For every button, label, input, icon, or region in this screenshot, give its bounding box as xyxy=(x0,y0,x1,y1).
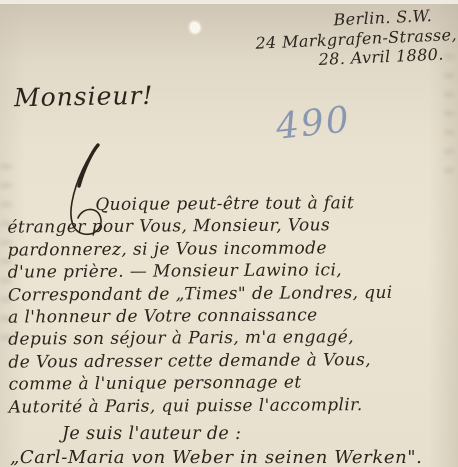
letter-line: d'une prière. — Monsieur Lawino ici, xyxy=(8,259,458,285)
book-title-line: „Carl-Maria von Weber in seinen Werken". xyxy=(10,447,422,467)
letter-line: Quoique peut-être tout à fait xyxy=(7,191,458,217)
letter-line: depuis son séjour à Paris, m'a engagé, xyxy=(8,326,458,352)
letter-body: Quoique peut-être tout à fait étranger p… xyxy=(7,191,458,418)
archival-number: 490 xyxy=(274,99,353,148)
closing-intro: Je suis l'auteur de : xyxy=(62,424,241,444)
letter-line: a l'honneur de Votre connaissance xyxy=(8,303,458,329)
paper-blemish xyxy=(190,22,200,33)
letter-line: Autorité à Paris, qui puisse l'accomplir… xyxy=(9,393,458,419)
letter-header: Berlin. S.W. 24 Markgrafen-Strasse, 28. … xyxy=(255,5,458,72)
letter-line: étranger pour Vous, Monsieur, Vous xyxy=(7,214,458,240)
salutation: Monsieur! xyxy=(14,81,154,112)
letter-line: Correspondant de „Times" de Londres, qui xyxy=(8,281,458,307)
letter-line: de Vous adresser cette demande à Vous, xyxy=(8,348,458,374)
scan-edge-top xyxy=(0,0,458,4)
letter-line: pardonnerez, si je Vous incommode xyxy=(8,236,458,262)
letter-page: Berlin. S.W. 24 Markgrafen-Strasse, 28. … xyxy=(0,0,458,467)
letter-line: comme à l'unique personnage et xyxy=(8,371,458,397)
